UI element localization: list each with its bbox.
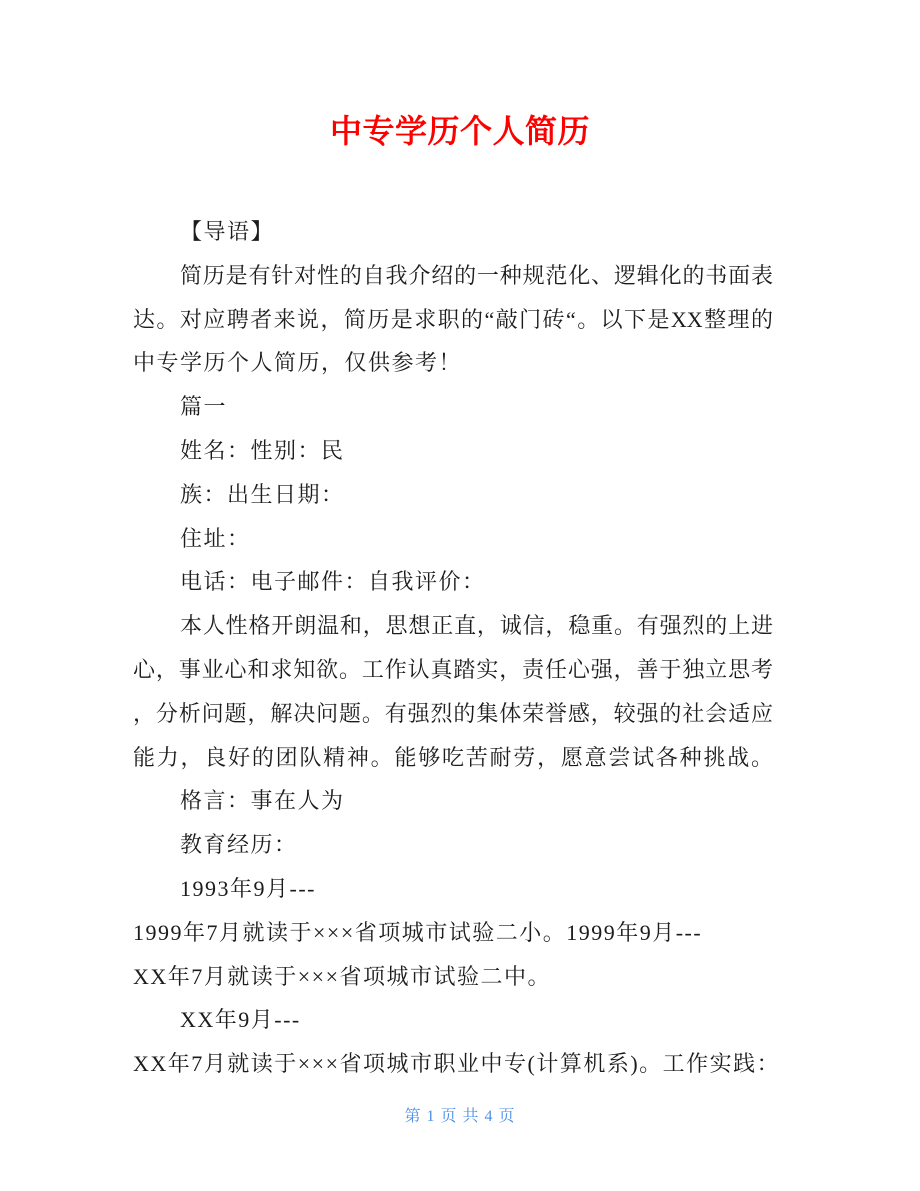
text-line: 教育经历： — [133, 823, 773, 867]
page-footer: 第 1 页 共 4 页 — [0, 1105, 920, 1129]
text-line: 达。对应聘者来说，简历是求职的“敲门砖“。以下是XX整理的 — [133, 298, 773, 342]
text-line: XX年7月就读于×××省项城市试验二中。 — [133, 955, 773, 999]
text-line: 姓名：性别：民 — [133, 429, 773, 473]
text-line: 能力，良好的团队精神。能够吃苦耐劳，愿意尝试各种挑战。 — [133, 736, 773, 780]
document-body: 【导语】简历是有针对性的自我介绍的一种规范化、逻辑化的书面表达。对应聘者来说，简… — [133, 210, 773, 1086]
text-line: 1999年7月就读于×××省项城市试验二小。1999年9月--- — [133, 911, 773, 955]
text-line: 格言：事在人为 — [133, 779, 773, 823]
text-line: 族：出生日期： — [133, 473, 773, 517]
text-line: 电话：电子邮件：自我评价： — [133, 560, 773, 604]
text-line: 【导语】 — [133, 210, 773, 254]
text-line: 心，事业心和求知欲。工作认真踏实，责任心强，善于独立思考 — [133, 648, 773, 692]
document-page: 中专学历个人简历 【导语】简历是有针对性的自我介绍的一种规范化、逻辑化的书面表达… — [0, 0, 920, 1191]
document-title: 中专学历个人简历 — [0, 110, 920, 152]
text-line: 本人性格开朗温和，思想正直，诚信，稳重。有强烈的上进 — [133, 604, 773, 648]
page-number-text: 第 1 页 共 4 页 — [404, 1108, 515, 1125]
text-line: XX年7月就读于×××省项城市职业中专(计算机系)。工作实践： — [133, 1042, 773, 1086]
text-line: 住址： — [133, 517, 773, 561]
text-line: 简历是有针对性的自我介绍的一种规范化、逻辑化的书面表 — [133, 254, 773, 298]
text-line: XX年9月--- — [133, 998, 773, 1042]
text-line: 中专学历个人简历，仅供参考！ — [133, 341, 773, 385]
text-line: ，分析问题，解决问题。有强烈的集体荣誉感，较强的社会适应 — [133, 692, 773, 736]
text-line: 篇一 — [133, 385, 773, 429]
text-line: 1993年9月--- — [133, 867, 773, 911]
